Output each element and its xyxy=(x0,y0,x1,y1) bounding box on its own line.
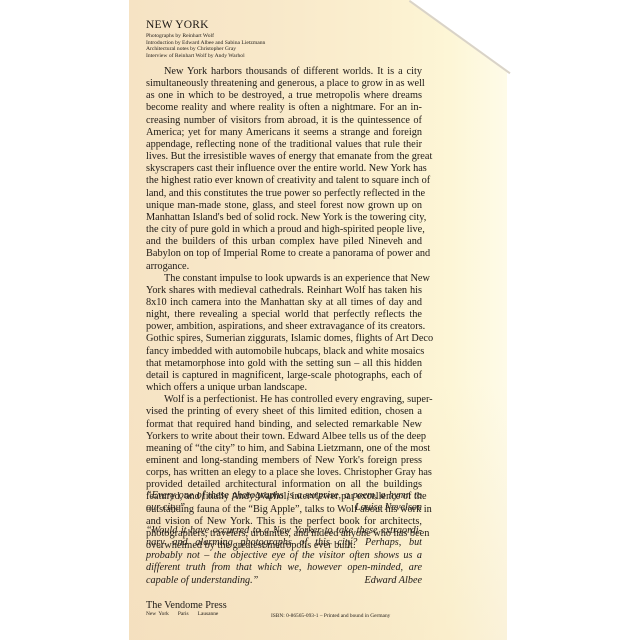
text-line: creasing number of visitors from abroad,… xyxy=(146,115,422,127)
text-line: as one in which to be destroyed, a true … xyxy=(146,90,422,102)
quote-albee: “Would it have occurred to a New Yorker … xyxy=(146,525,422,587)
text-line: the city of pure gold in which a proud a… xyxy=(146,224,422,236)
text-line: Yorkers to write about their town. Edwar… xyxy=(146,431,422,443)
quote-attribution: Edward Albee xyxy=(365,575,422,587)
text-line: skyscrapers cast their influence over th… xyxy=(146,163,422,175)
isbn-line: ISBN: 0-86565-093-1 – Printed and bound … xyxy=(271,613,390,619)
book-title: NEW YORK xyxy=(146,19,209,31)
text-line: appendage, reflecting none of the tradit… xyxy=(146,139,422,151)
text-line: format that required hand binding, and s… xyxy=(146,419,422,431)
credit-line: Interview of Reinhart Wolf by Andy Warho… xyxy=(146,53,265,60)
paragraph: The constant impulse to look upwards is … xyxy=(146,273,422,395)
text-line: vised the printing of every sheet of thi… xyxy=(146,406,422,418)
text-line: simultaneously threatening and generous,… xyxy=(146,78,422,90)
text-line: The constant impulse to look upwards is … xyxy=(146,273,422,285)
quote-line: capable of understanding.”Edward Albee xyxy=(146,575,422,587)
text-line: become reality and where reality is ofte… xyxy=(146,102,422,114)
quote-line: nary and alarming photographs of this ci… xyxy=(146,537,422,549)
text-line: meaning of “the city” to him, and Sabina… xyxy=(146,443,422,455)
text-line: New York harbors thousands of different … xyxy=(146,66,422,78)
credits-block: Photographs by Reinhart Wolf Introductio… xyxy=(146,33,265,59)
text-line: land, and this constitutes the true powe… xyxy=(146,188,422,200)
text-line: detail is captured in magnificent, large… xyxy=(146,370,422,382)
text-line: Wolf is a perfectionist. He has controll… xyxy=(146,394,422,406)
publisher-city: New York xyxy=(146,611,169,617)
publisher-city: Lausanne xyxy=(198,611,219,617)
quote-line: our city.”Louise Nevelson xyxy=(146,502,422,514)
quote-attribution: Louise Nevelson xyxy=(355,502,422,514)
text-line: lives. But the irresistible waves of ene… xyxy=(146,151,422,163)
quote-line: “Every one of these photographs is a sur… xyxy=(146,490,422,502)
credit-line: Architectural notes by Christopher Gray xyxy=(146,46,265,53)
text-line: 8x10 inch camera into the Manhattan sky … xyxy=(146,297,422,309)
text-line: America; yet for many Americans it seems… xyxy=(146,127,422,139)
text-line: Babylon on top of Imperial Rome to creat… xyxy=(146,248,422,260)
text-line: night, there revealing a special world t… xyxy=(146,309,422,321)
publisher-name: The Vendome Press xyxy=(146,600,227,611)
text-line: arrogance. xyxy=(146,261,422,273)
text-line: corps, has written an elegy to a place s… xyxy=(146,467,422,479)
quote-nevelson: “Every one of these photographs is a sur… xyxy=(146,490,422,515)
quote-line: “Would it have occurred to a New Yorker … xyxy=(146,525,422,537)
text-line: Gothic spires, Sumerian ziggurats, Islam… xyxy=(146,333,422,345)
credit-line: Photographs by Reinhart Wolf xyxy=(146,33,265,40)
text-line: the highest ratio ever known of creativi… xyxy=(146,175,422,187)
publisher-cities: New YorkParisLausanne xyxy=(146,611,227,617)
text-line: and the builders of this urban complex h… xyxy=(146,236,422,248)
quote-line: different truth from that which we, howe… xyxy=(146,562,422,574)
quote-line: probably not – the objective eye of the … xyxy=(146,550,422,562)
text-line: fancy imbedded with automobile hubcaps, … xyxy=(146,346,422,358)
publisher-city: Paris xyxy=(178,611,189,617)
text-line: unique man-made stone, glass, and steel … xyxy=(146,200,422,212)
text-line: York shares with medieval cathedrals. Re… xyxy=(146,285,422,297)
text-line: which offers a unique urban landscape. xyxy=(146,382,422,394)
text-line: power, ambition, aspirations, and sheer … xyxy=(146,321,422,333)
paragraph: New York harbors thousands of different … xyxy=(146,66,422,273)
credit-line: Introduction by Edward Albee and Sabina … xyxy=(146,40,265,47)
text-line: that metamorphose into gold with the set… xyxy=(146,358,422,370)
text-line: eminent and long-standing members of New… xyxy=(146,455,422,467)
text-line: Manhattan Island's bed of solid rock. Ne… xyxy=(146,212,422,224)
blurb-body: New York harbors thousands of different … xyxy=(146,66,422,552)
